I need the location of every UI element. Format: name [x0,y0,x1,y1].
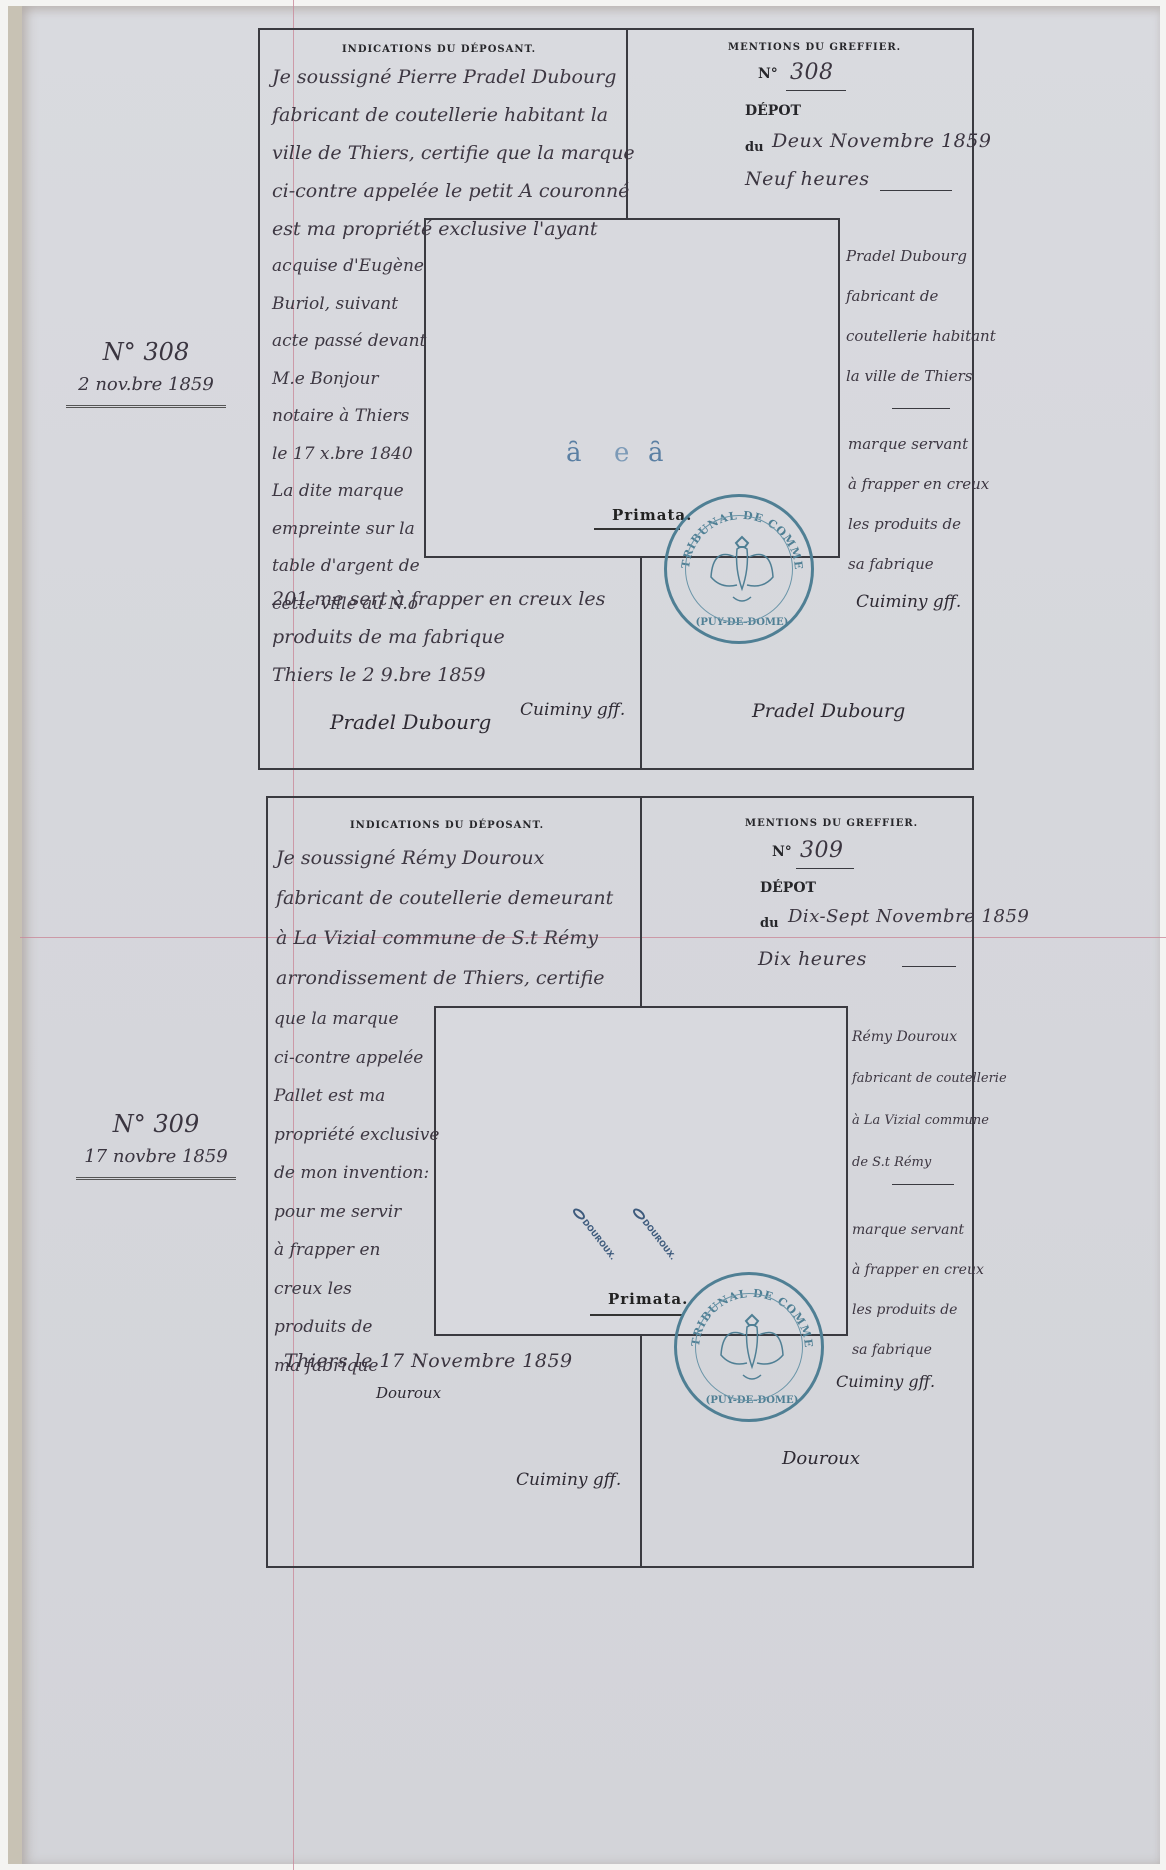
column-divider-bottom [640,556,642,770]
deposit-date: Dix-Sept Novembre 1859 [788,906,1029,927]
hour-underline [902,966,956,967]
depot-label: DÉPOT [760,880,816,896]
depositant-text-top: Je soussigné Rémy Douroux fabricant de c… [276,838,613,998]
e-mark: e [614,438,629,468]
summary-divider [892,1184,954,1185]
depositant-text-column: que la marque ci-contre appelée Pallet e… [274,1000,430,1385]
margin-date: 2 nov.bre 1859 [66,374,226,395]
number-underline [796,868,854,869]
depositant-header: INDICATIONS DU DÉPOSANT. [342,44,536,55]
depositor-signature: Douroux [376,1384,441,1402]
greffier-summary: Pradel Dubourg fabricant de coutellerie … [846,236,996,396]
mark-label-underline [590,1314,682,1316]
depositant-text-top: Je soussigné Pierre Pradel Dubourg fabri… [272,58,635,248]
greffier-header: MENTIONS DU GREFFIER. [728,42,901,53]
margin-note: N° 309 17 novbre 1859 [76,1110,236,1180]
tribunal-stamp: TRIBUNAL DE COMMERCE DE THIERS (PUY-DE-D… [674,1272,824,1422]
depositant-place-date: Thiers le 17 Novembre 1859 [284,1350,573,1372]
number-label: N° [772,844,792,860]
margin-underline [66,405,226,408]
deposit-hour: Neuf heures [745,168,869,190]
depositant-text-bottom: 201 me sert à frapper en creux les produ… [272,580,605,694]
summary-divider [892,408,950,409]
greffier-mark-description: marque servant à frapper en creux les pr… [848,424,989,584]
margin-date: 17 novbre 1859 [76,1146,236,1167]
svg-text:TRIBUNAL DE COMMERCE DE THIERS: TRIBUNAL DE COMMERCE DE THIERS [677,1275,815,1349]
greffier-depositor-signature: Douroux [782,1448,860,1469]
margin-underline [76,1177,236,1180]
clerk-signature: Cuiminy gff. [516,1470,621,1490]
depositant-text-column: acquise d'Eugène Buriol, suivant acte pa… [272,248,422,623]
depositant-header: INDICATIONS DU DÉPOSANT. [350,820,544,831]
du-label: du [760,916,779,931]
margin-number: N° 308 [66,338,226,366]
tribunal-stamp: TRIBUNAL DE COMMERCE DE THIERS (PUY-DE-D… [664,494,814,644]
number-value: 308 [790,60,834,85]
number-label: N° [758,66,778,82]
greffier-summary: Rémy Douroux fabricant de coutellerie à … [852,1016,1007,1184]
depot-label: DÉPOT [745,103,801,119]
greffier-mark-description: marque servant à frapper en creux les pr… [852,1210,984,1370]
clerk-signature: Cuiminy gff. [520,700,625,720]
greffier-clerk-signature: Cuiminy gff. [856,592,961,612]
greffier-header: MENTIONS DU GREFFIER. [745,818,918,829]
number-value: 309 [800,838,844,863]
number-underline [786,90,846,91]
deposit-date: Deux Novembre 1859 [772,130,991,152]
svg-text:TRIBUNAL DE COMMERCE DE THIERS: TRIBUNAL DE COMMERCE DE THIERS [667,497,805,571]
crowned-a-mark: ȃ [566,438,582,468]
depositor-signature: Pradel Dubourg [330,710,491,734]
svg-text:(PUY-DE-DOME): (PUY-DE-DOME) [706,1395,799,1406]
eagle-emblem-icon: TRIBUNAL DE COMMERCE DE THIERS (PUY-DE-D… [677,1275,827,1425]
greffier-depositor-signature: Pradel Dubourg [752,700,905,722]
greffier-clerk-signature: Cuiminy gff. [836,1372,935,1391]
column-divider-bottom [640,1334,642,1568]
crowned-a-mark: ȃ [648,438,664,468]
margin-number: N° 309 [76,1110,236,1138]
margin-note: N° 308 2 nov.bre 1859 [66,338,226,408]
svg-text:(PUY-DE-DOME): (PUY-DE-DOME) [696,617,789,628]
du-label: du [745,140,764,155]
hour-underline [880,190,952,191]
column-divider-top [640,796,642,1006]
eagle-emblem-icon: TRIBUNAL DE COMMERCE DE THIERS (PUY-DE-D… [667,497,817,647]
deposit-hour: Dix heures [758,948,867,970]
